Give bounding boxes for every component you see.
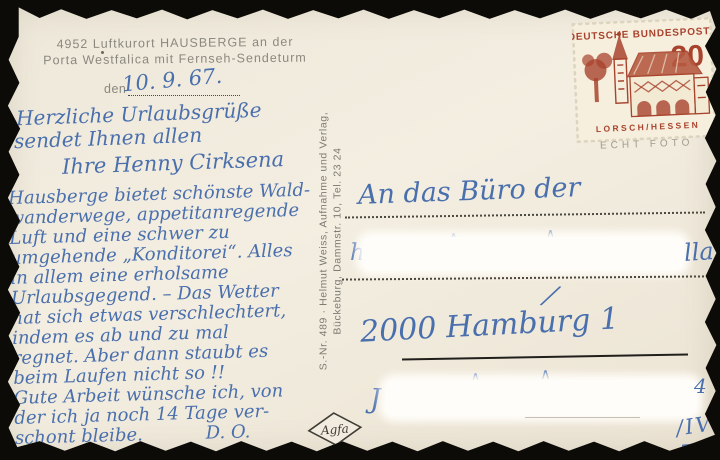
- greeting-line-2: sendet Ihnen allen: [14, 123, 203, 154]
- address-line-2-visible-end: lla: [683, 237, 715, 267]
- redaction-block-address: [362, 237, 684, 270]
- corner-mark-underline: [682, 441, 716, 447]
- agfa-logo-text: Agfa: [319, 422, 349, 438]
- header-line-1: 4952 Luftkurort HAUSBERGE an der: [30, 34, 320, 51]
- address-city-line: 2000 Hamburg 1: [359, 301, 620, 350]
- paper-speck: [101, 51, 104, 54]
- address-line-1: An das Büro der: [358, 172, 581, 211]
- echt-foto-imprint: ECHT FOTO: [600, 137, 694, 151]
- address-line-4-visible-start: J: [370, 384, 381, 415]
- postcard-back: 4952 Luftkurort HAUSBERGE an der Porta W…: [0, 0, 720, 460]
- header-line-2: Porta Westfalica mit Fernseh-Sendeturm: [30, 50, 320, 67]
- redaction-block-bottom: [385, 380, 697, 416]
- agfa-diamond-icon: Agfa: [305, 408, 366, 450]
- publisher-line-1: S.-Nr. 489 · Helmut Weiss, Aufnahme und …: [318, 84, 330, 399]
- stamp-graphic: DEUTSCHE BUNDESPOST 20: [571, 17, 716, 143]
- publisher-imprint: S.-Nr. 489 · Helmut Weiss, Aufnahme und …: [316, 84, 346, 399]
- handwritten-date: 10. 9. 67.: [121, 64, 223, 97]
- address-dotted-line-2: [342, 275, 704, 280]
- address-dotted-line-1: [345, 211, 705, 218]
- agfa-logo: Agfa: [305, 408, 366, 455]
- address-line-4-visible-end: 4: [694, 374, 707, 398]
- faint-line: [525, 417, 640, 418]
- greeting-line-3: Ihre Henny Cirksena: [62, 147, 285, 179]
- postcard-photo: { "postcard": { "header": { "line1": "49…: [0, 0, 720, 460]
- postage-stamp: DEUTSCHE BUNDESPOST 20: [571, 17, 716, 143]
- address-solid-underline: [402, 354, 688, 361]
- corner-mark: /IV: [675, 412, 715, 441]
- publisher-line-2: Bückeburg, Dammstr. 10, Tel. 23 24: [332, 84, 344, 399]
- date-dotted-line: [128, 95, 240, 96]
- message-block: Hausberge bietet schönste Wald- wanderwe…: [8, 180, 340, 449]
